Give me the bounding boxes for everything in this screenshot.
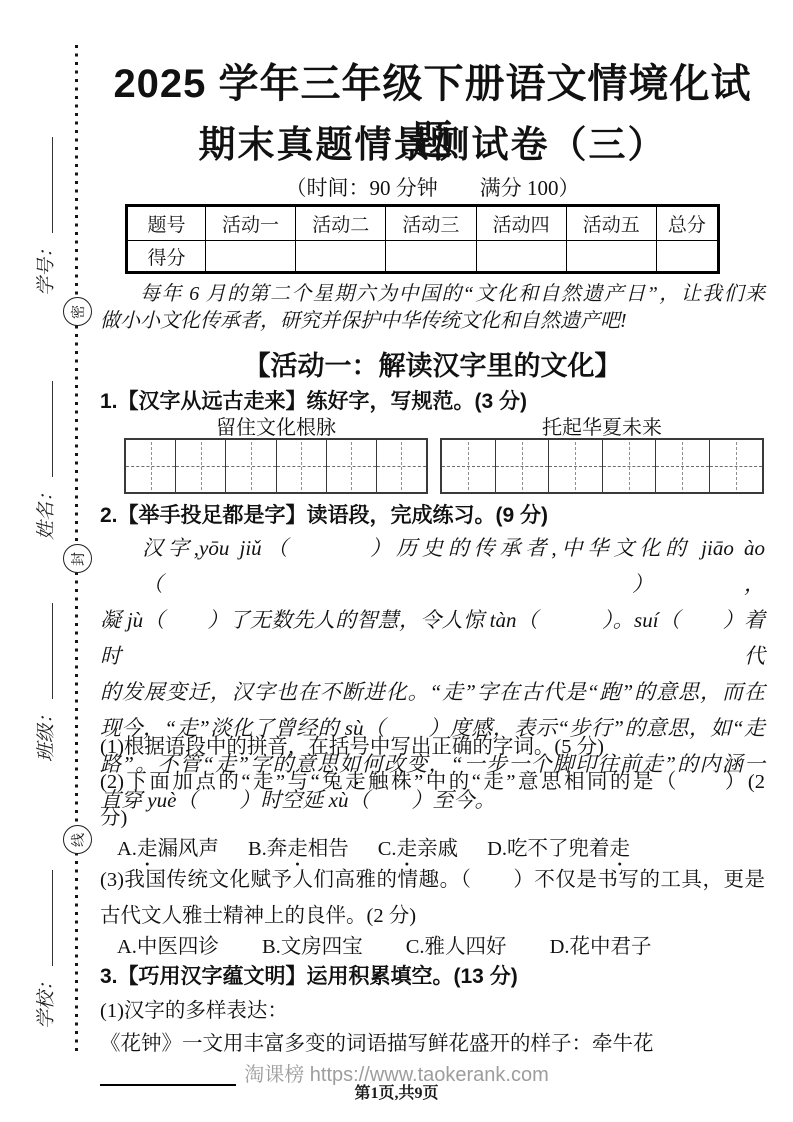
question3-title: 3.【巧用汉字蕴文明】运用积累填空。(13 分) <box>100 960 765 990</box>
seal-mark-feng: 封 <box>63 544 92 573</box>
sidebar-field-student-id: 学号： <box>32 126 58 296</box>
copybook-grid-left <box>124 438 428 494</box>
question2-sub1: (1)根据语段中的拼音，在括号中写出正确的字词。(5 分) <box>100 729 765 765</box>
score-table-column-header: 活动三 <box>386 206 476 241</box>
sidebar-field-class: 班级： <box>32 592 58 762</box>
seal-mark-char: 封 <box>68 552 88 566</box>
score-table-column-header: 活动二 <box>296 206 386 241</box>
sidebar-field-name: 姓名： <box>32 370 58 540</box>
seal-mark-mi: 密 <box>63 297 92 326</box>
question2-title: 2.【举手投足都是字】读语段，完成练习。(9 分) <box>100 499 765 529</box>
copybook-cell <box>377 440 426 492</box>
answer-option: B.奔走相告 <box>248 831 349 861</box>
copybook-cell <box>603 440 657 492</box>
page-number: 第1页,共9页 <box>0 1080 793 1103</box>
student-id-blank-line <box>52 137 53 233</box>
question3-sub1: (1)汉字的多样表达： <box>100 993 765 1029</box>
answer-option: B.文房四宝 <box>262 929 363 959</box>
score-table-column-header: 题号 <box>127 206 206 241</box>
text-line: (2)下面加点的“走”与“兔走触株”中的“走”意思相同的是（ ）(2 <box>100 764 765 800</box>
answer-option: D.花中君子 <box>550 929 652 959</box>
sidebar-field-school: 学校： <box>32 859 58 1029</box>
text-line: 汉字,yōu jiǔ（ ）历史的传承者,中华文化的 jiāo ào（ ）， <box>100 530 765 602</box>
answer-option: A.走漏风声 <box>117 831 219 861</box>
copybook-cell <box>549 440 603 492</box>
time-and-score-meta: （时间：90 分钟 满分 100） <box>100 172 765 202</box>
emphasized-char: 走 <box>397 838 418 860</box>
text-line: 的发展变迁，汉字也在不断进化。“走”字在古代是“跑”的意思，而在 <box>100 674 765 710</box>
answer-option: D.吃不了兜着走 <box>487 831 630 861</box>
copybook-cell <box>442 440 496 492</box>
copybook-cell <box>656 440 710 492</box>
score-empty-cell <box>205 241 295 273</box>
text-line: 凝 jù（ ）了无数先人的智慧，令人惊 tàn（ ）。suí（ ）着时代 <box>100 602 765 674</box>
copybook-cell <box>710 440 763 492</box>
question2-sub3-options: A.中医四诊B.文房四宝C.雅人四好D.花中君子 <box>100 929 765 959</box>
seal-mark-char: 密 <box>68 305 88 319</box>
copybook-cell <box>277 440 327 492</box>
name-label: 姓名： <box>31 483 58 540</box>
question2-sub2: (2)下面加点的“走”与“兔走触株”中的“走”意思相同的是（ ）(2分) <box>100 764 765 836</box>
paper-title-line2: 期末真题情景测试卷（三） <box>100 114 765 168</box>
answer-option: C.走亲戚 <box>378 831 458 861</box>
class-label: 班级： <box>31 705 58 762</box>
score-table-score-row: 得分 <box>127 241 719 273</box>
score-empty-cell <box>566 241 656 273</box>
school-label: 学校： <box>31 972 58 1029</box>
copybook-label-right: 托起华夏未来 <box>440 411 764 440</box>
copybook-cell <box>226 440 276 492</box>
school-blank-line <box>52 870 53 966</box>
copybook-grid-right <box>440 438 764 494</box>
score-table-column-header: 活动五 <box>566 206 656 241</box>
question2-sub3: (3)我国传统文化赋予人们高雅的情趣。（ ）不仅是书写的工具，更是古代文人雅士精… <box>100 862 765 934</box>
score-empty-cell <box>656 241 718 273</box>
score-empty-cell <box>386 241 476 273</box>
class-blank-line <box>52 603 53 699</box>
emphasized-char: 走 <box>610 838 631 860</box>
text-line: (3)我国传统文化赋予人们高雅的情趣。（ ）不仅是书写的工具，更是 <box>100 862 765 898</box>
name-blank-line <box>52 381 53 477</box>
answer-option: C.雅人四好 <box>406 929 507 959</box>
score-table-column-header: 活动四 <box>476 206 566 241</box>
copybook-cell <box>327 440 377 492</box>
exam-paper-page: 学号： 姓名： 班级： 学校： 密 封 线 2025 学年三年级下册语文情境化试… <box>0 0 793 1122</box>
question2-sub2-options: A.走漏风声B.奔走相告C.走亲戚D.吃不了兜着走 <box>100 831 765 861</box>
activity1-heading: 【活动一：解读汉字里的文化】 <box>100 344 765 383</box>
score-empty-cell <box>476 241 566 273</box>
seal-mark-char: 线 <box>68 833 88 847</box>
fill-line-text: 《花钟》一文用丰富多变的词语描写鲜花盛开的样子：牵牛花 <box>100 1033 654 1055</box>
student-id-label: 学号： <box>31 239 58 296</box>
copybook-cell <box>126 440 176 492</box>
score-table-column-header: 活动一 <box>205 206 295 241</box>
score-table-header-row: 题号活动一活动二活动三活动四活动五总分 <box>127 206 719 241</box>
score-table-column-header: 总分 <box>656 206 718 241</box>
score-row-label: 得分 <box>127 241 206 273</box>
text-line: 做小小文化传承者，研究并保护中华传统文化和自然遗产吧! <box>100 308 765 335</box>
seal-mark-xian: 线 <box>63 825 92 854</box>
intro-paragraph: 每年 6 月的第二个星期六为中国的“文化和自然遗产日”，让我们来做小小文化传承者… <box>100 281 765 335</box>
emphasized-char: 走 <box>287 838 308 860</box>
score-table: 题号活动一活动二活动三活动四活动五总分 得分 <box>125 204 720 274</box>
emphasized-char: 走 <box>345 771 368 793</box>
answer-option: A.中医四诊 <box>117 929 219 959</box>
copybook-cell <box>496 440 550 492</box>
emphasized-char: 走 <box>137 838 158 860</box>
copybook-cell <box>176 440 226 492</box>
copybook-label-left: 留住文化根脉 <box>124 411 428 440</box>
text-line: 每年 6 月的第二个星期六为中国的“文化和自然遗产日”，让我们来 <box>100 281 765 308</box>
score-empty-cell <box>296 241 386 273</box>
